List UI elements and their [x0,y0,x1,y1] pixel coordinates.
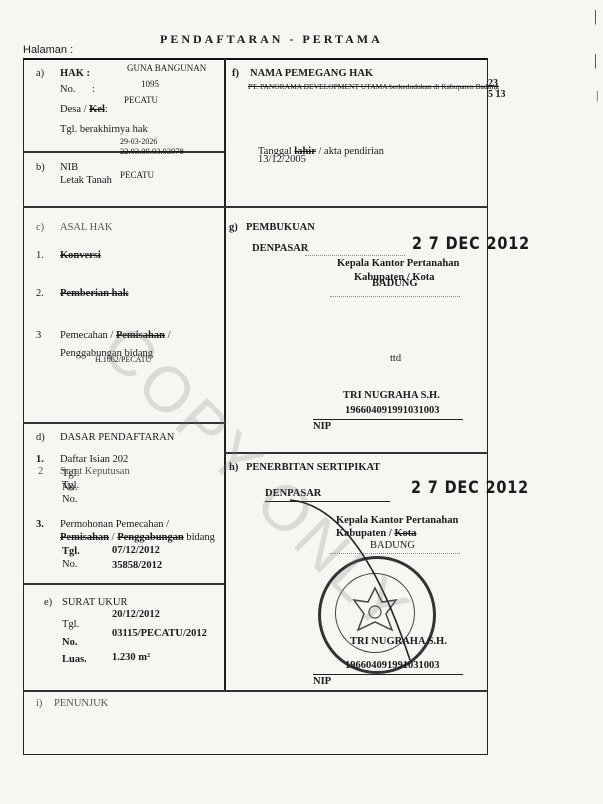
section-a-marker: a) [36,68,44,79]
pembukuan-place-line [305,255,405,256]
penerbitan-official-nip: 196604091991031003 [345,660,440,671]
divider-e-i [23,690,488,692]
penerbitan-signature-line [313,674,463,675]
penerbitan-nip-label: NIP [313,676,331,687]
section-b-marker: b) [36,162,45,173]
pembukuan-place: DENPASAR [252,243,308,254]
section-c-marker: c) [36,222,44,233]
margin-note-top: 23 [488,78,498,89]
pembukuan-office-badung: BADUNG [372,278,418,289]
edge-mark-top: | [594,8,597,26]
permohonan-no-label: No. [62,559,77,570]
surat-ukur-tgl-value: 20/12/2012 [112,609,160,620]
pembukuan-official-name: TRI NUGRAHA S.H. [343,390,440,401]
hak-value: GUNA BANGUNAN [127,63,206,73]
surat-ukur-no-label: No. [62,637,77,648]
document-title: PENDAFTARAN - PERTAMA [160,32,383,47]
hak-label: HAK : [60,68,90,79]
section-d-marker: d) [36,432,45,443]
halaman-label: Halaman : [23,44,73,56]
pembukuan-official-nip: 196604091991031003 [345,405,440,416]
tgl-berakhir-value: 29-03-2026 [120,137,157,146]
pemisahan-struck-d: Pemisahan [60,532,109,543]
luas-value: 1.230 m² [112,652,150,663]
permohonan-pemecahan-label: Permohonan Pemecahan / [60,519,169,530]
luas-label: Luas. [62,654,87,665]
column-divider [224,58,226,690]
asal-hak-pemberian: Pemberian hak [60,288,129,299]
divider-d-e [23,583,225,585]
letak-tanah-label: Letak Tanah [60,175,112,186]
surat-ukur-no-value: 03115/PECATU/2012 [112,628,207,639]
hak-number: 1095 [141,79,159,89]
pemecahan-text: Pemecahan / [60,330,116,341]
section-e-marker: e) [44,597,52,608]
akta-pendirian-text: / akta pendirian [316,146,384,157]
edge-mark-lower: | [596,88,598,103]
nama-pemegang-hak-heading: NAMA PEMEGANG HAK [250,68,373,79]
surat-keputusan-label: Surat Keputusan [60,466,130,477]
edge-mark-middle: | [594,52,597,70]
akta-pendirian-date: 13/12/2005 [258,154,306,165]
dasar-2-no: No. [62,494,77,505]
asal-hak-1-num: 1. [36,250,44,261]
nib-label: NIB [60,162,78,173]
section-g-marker: g) [229,222,238,233]
permohonan-sep: / [109,532,117,543]
pembukuan-signature-line [313,419,463,420]
pembukuan-office-line1: Kepala Kantor Pertanahan [337,258,459,269]
no-sep: : [92,84,95,95]
kel-struck: Kel [89,104,105,115]
desa-label: Desa / Kel: [60,104,108,115]
permohonan-line2: Pemisahan / Penggabungan bidang [60,532,215,543]
pembukuan-heading: PEMBUKUAN [246,222,315,233]
dasar-pendaftaran-heading: DASAR PENDAFTARAN [60,432,174,443]
dasar-2-tgl: Tgl. [62,480,79,491]
desa-label-text: Desa / [60,104,89,115]
penunjuk-heading: PENUNJUK [54,698,108,709]
section-i-marker: i) [36,698,42,709]
letak-tanah-value: PECATU [120,170,154,180]
pembukuan-date-stamp: 2 7 DEC 2012 [412,234,530,254]
surat-ukur-heading: SURAT UKUR [62,597,127,608]
asal-hak-3-num: 3 [36,330,41,341]
permohonan-tgl-label: Tgl. [62,546,80,557]
divider-b-c [23,206,488,208]
bidang-text: bidang [184,532,215,543]
nib-value: 22.03.09.03.03978 [120,146,184,156]
pembukuan-nip-label: NIP [313,421,331,432]
asal-hak-2-num: 2. [36,288,44,299]
no-label: No. [60,84,75,95]
pembukuan-ttd: ttd [390,353,401,364]
desa-value: PECATU [124,95,158,105]
margin-note-fraction: 23 5 13 [488,78,506,100]
dasar-2-num: 2 [38,466,43,477]
daftar-isian-label: Daftar Isian 202 [60,454,128,465]
penerbitan-date-stamp: 2 7 DEC 2012 [411,478,529,498]
dasar-1-num: 1. [36,454,44,465]
margin-note-bottom: 5 13 [488,89,506,100]
section-f-marker: f) [232,68,239,79]
asal-hak-konversi: Konversi [60,250,101,261]
pembukuan-office-line [330,296,460,297]
permohonan-no-value: 35858/2012 [112,560,162,571]
surat-ukur-tgl-label: Tgl. [62,619,79,630]
asal-hak-heading: ASAL HAK [60,222,112,233]
dasar-3-num: 3. [36,519,44,530]
desa-sep: : [105,104,108,115]
tgl-berakhir-label: Tgl. berakhirnya hak [60,124,148,135]
permohonan-tgl-value: 07/12/2012 [112,545,160,556]
penggabungan-struck-d: Penggabungan [117,532,184,543]
holder-name-struck: PT. PANORAMA DEVELOPMENT UTAMA berkedudu… [248,82,499,91]
